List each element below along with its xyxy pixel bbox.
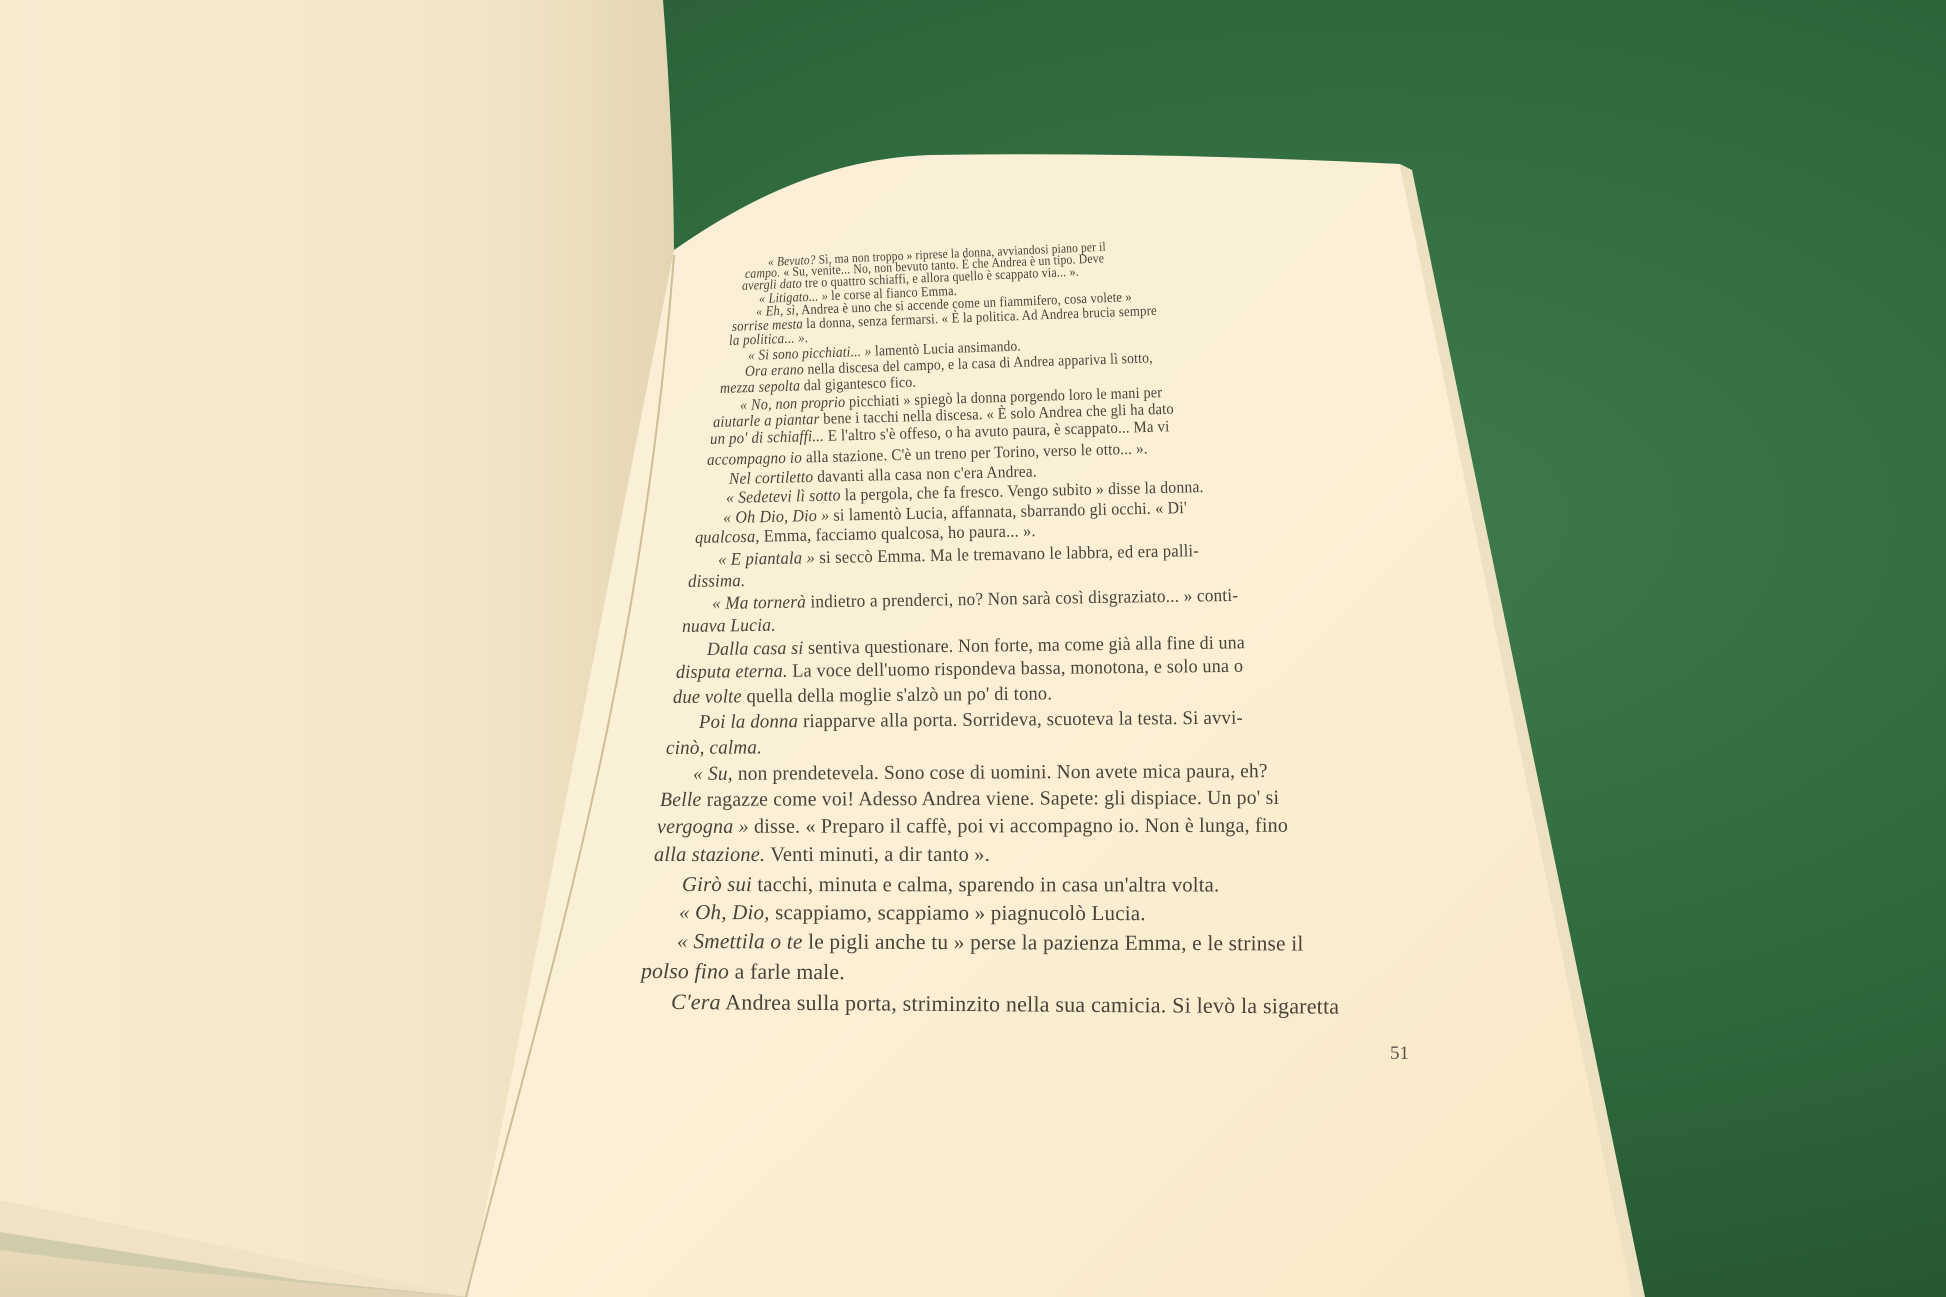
text-line-roman: tacchi, minuta e calma, sparendo in casa… <box>752 872 1220 896</box>
text-line-roman: Andrea sulla porta, striminzito nella su… <box>721 989 1340 1018</box>
text-line-roman: sentiva questionare. Non forte, ma come … <box>803 632 1245 659</box>
text-line: « Smettila o te le pigli anche tu » pers… <box>676 929 1303 956</box>
page-number: 51 <box>1390 1043 1409 1065</box>
text-line-italic: « Sedetevi lì sotto <box>726 485 841 507</box>
text-line-italic: dissima. <box>688 570 746 591</box>
text-line: C'era Andrea sulla porta, striminzito ne… <box>671 989 1339 1020</box>
text-line-roman: quella della moglie s'alzò un po' di ton… <box>741 683 1052 707</box>
text-line-italic: Dalla casa si <box>707 638 804 660</box>
text-line-italic: « Ma tornerà <box>712 592 806 613</box>
text-line-italic: « E piantala » <box>718 548 815 570</box>
text-line-italic: « Smettila o te <box>676 929 802 954</box>
text-line-italic: « Su, <box>693 762 733 784</box>
text-line: Belle ragazze come voi! Adesso Andrea vi… <box>660 787 1279 812</box>
text-line-roman: riapparve alla porta. Sorrideva, scuotev… <box>798 707 1243 732</box>
text-line-roman: non prendetevela. Sono cose di uomini. N… <box>733 760 1268 785</box>
text-line-italic: mezza sepolta <box>719 377 800 397</box>
text-line-roman: La voce dell'uomo rispondeva bassa, mono… <box>787 656 1243 682</box>
text-line: dissima. <box>688 570 746 592</box>
text-line-italic: Belle <box>660 789 702 811</box>
text-line: Girò sui tacchi, minuta e calma, sparend… <box>682 872 1219 898</box>
text-line-roman: le pigli anche tu » perse la pazienza Em… <box>802 930 1303 956</box>
text-line-italic: un po' di schiaffi... <box>710 428 824 448</box>
text-line: due volte quella della moglie s'alzò un … <box>672 683 1051 709</box>
text-line-italic: disputa eterna. <box>676 661 788 683</box>
text-line-roman: a farle male. <box>729 959 845 984</box>
text-line-italic: nuava Lucia. <box>682 614 776 635</box>
text-line-italic: qualcosa, <box>694 527 759 547</box>
text-line-italic: Nel cortiletto <box>729 467 814 488</box>
book-photo-scene: « Bevuto? Sì, ma non troppo » riprese la… <box>0 0 1946 1297</box>
text-line-italic: Girò sui <box>682 872 752 896</box>
text-line: cinò, calma. <box>666 736 762 760</box>
text-line-italic: accompagno io <box>707 447 803 468</box>
text-line-italic: alla stazione. <box>654 843 765 865</box>
text-line-italic: « Oh, Dio, <box>679 900 770 924</box>
text-line: alla stazione. Venti minuti, a dir tanto… <box>654 843 990 866</box>
text-line-roman: disse. « Preparo il caffè, poi vi accomp… <box>749 815 1288 838</box>
text-line-roman: scappiamo, scappiamo » piagnucolò Lucia. <box>770 900 1146 925</box>
text-line-italic: C'era <box>671 989 721 1014</box>
text-line-roman: ragazze come voi! Adesso Andrea viene. S… <box>701 787 1279 811</box>
text-line-italic: Poi la donna <box>698 711 797 733</box>
text-line-italic: « Oh Dio, Dio » <box>723 506 830 527</box>
text-line-italic: cinò, calma. <box>666 736 762 759</box>
text-line: vergogna » disse. « Preparo il caffè, po… <box>657 815 1288 839</box>
text-line-italic: due volte <box>672 686 741 708</box>
text-line-italic: vergogna » <box>657 816 749 838</box>
text-line-roman: Venti minuti, a dir tanto ». <box>765 843 990 865</box>
text-line: « Su, non prendetevela. Sono cose di uom… <box>693 760 1268 786</box>
text-line-italic: polso fino <box>641 959 729 983</box>
text-line: « Oh, Dio, scappiamo, scappiamo » piagnu… <box>679 900 1146 926</box>
text-line: Poi la donna riapparve alla porta. Sorri… <box>698 707 1242 733</box>
text-line: nuava Lucia. <box>682 614 776 636</box>
text-line: polso fino a farle male. <box>641 959 845 985</box>
